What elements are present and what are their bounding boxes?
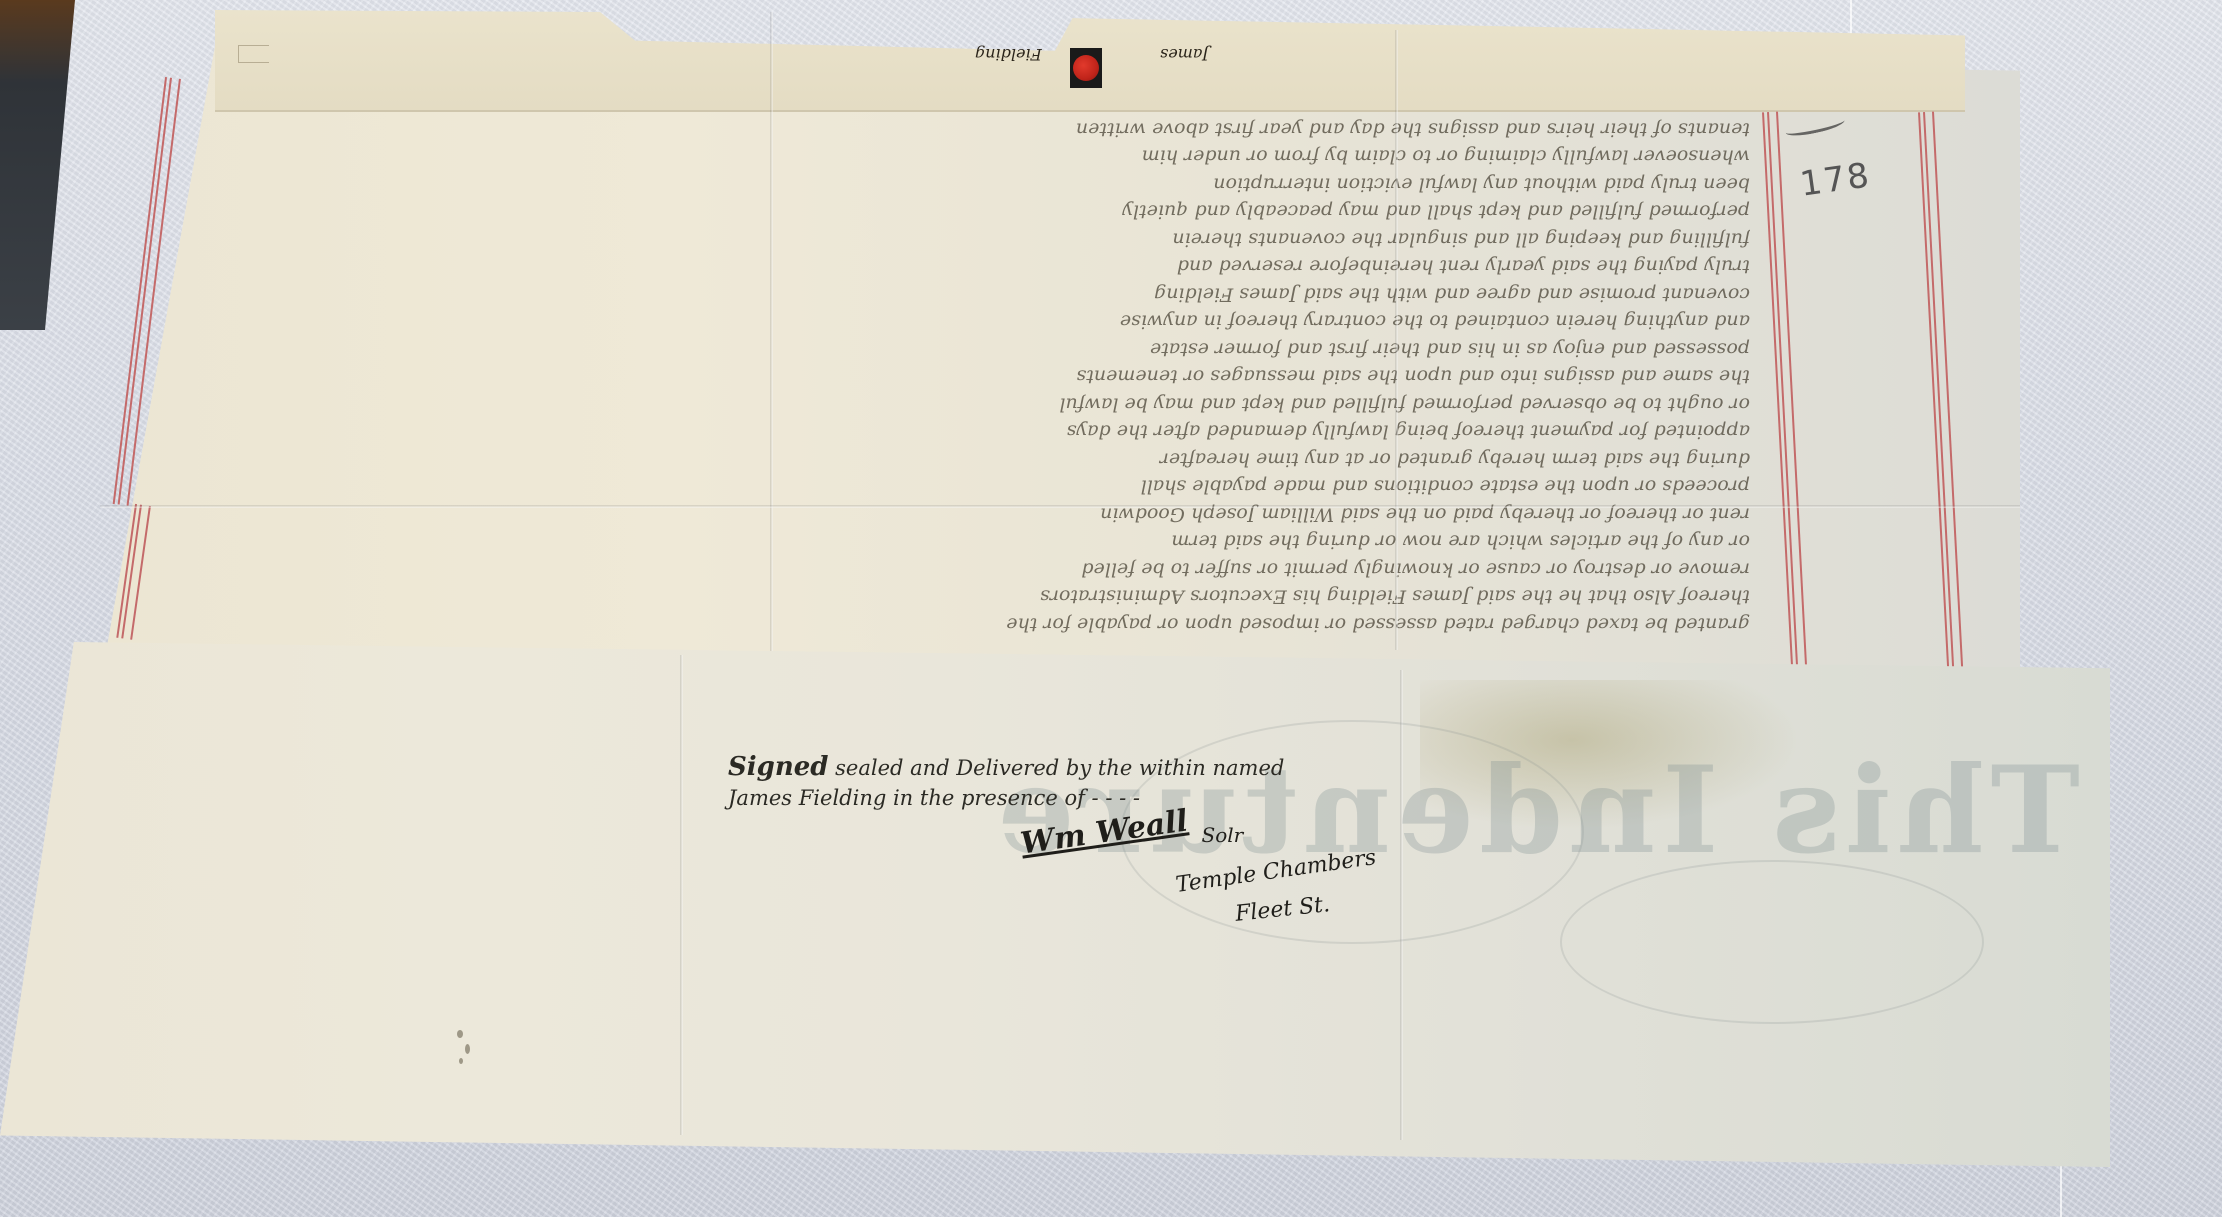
witness-title: Solr	[1202, 823, 1244, 847]
inverted-body-text: granted be taxed charged rated assessed …	[250, 115, 1750, 638]
body-line: or any of the articles which are now or …	[250, 528, 1750, 556]
body-line: tenants of their heirs and assigns the d…	[250, 115, 1750, 143]
fold-crease	[680, 655, 683, 1135]
body-line: proceeds or upon the estate conditions a…	[250, 473, 1750, 501]
body-line: during the said term hereby granted or a…	[250, 445, 1750, 473]
body-line: been truly paid without any lawful evict…	[250, 170, 1750, 198]
body-line: appointed for payment thereof being lawf…	[250, 418, 1750, 446]
body-line: whensoever lawfully claiming or to claim…	[250, 143, 1750, 171]
attestation-signed: Signed	[728, 752, 828, 782]
attestation-clause: Signed sealed and Delivered by the withi…	[728, 752, 1284, 813]
fold-crease	[770, 12, 773, 652]
attestation-line2: James Fielding in the presence of - - - …	[728, 783, 1284, 813]
body-line: the same and assigns into and upon the s…	[250, 363, 1750, 391]
body-line: fulfilling and keeping all and singular …	[250, 225, 1750, 253]
body-line: remove or destroy or cause or knowingly …	[250, 555, 1750, 583]
body-line: thereof Also that he the said James Fiel…	[250, 583, 1750, 611]
body-line: and anything herein contained to the con…	[250, 308, 1750, 336]
red-wax-seal-icon	[1073, 55, 1099, 81]
upper-signature-forename: James	[1160, 45, 1209, 64]
attestation-line1: sealed and Delivered by the within named	[835, 756, 1284, 780]
body-line: possessed and enjoy as in his and their …	[250, 335, 1750, 363]
tab-mark	[238, 45, 269, 63]
wax-seal	[1070, 48, 1102, 88]
fold-crease	[1395, 30, 1398, 650]
watermark-flourish	[1560, 860, 1984, 1024]
ink-spots	[455, 1030, 475, 1070]
body-line: truly paying the said yearly rent herein…	[250, 253, 1750, 281]
body-line: performed fulfilled and kept shall and m…	[250, 198, 1750, 226]
body-line: granted be taxed charged rated assessed …	[250, 610, 1750, 638]
witness-signature-block: Wm Weall Solr Temple Chambers Fleet St.	[1020, 815, 1243, 850]
fold-crease	[100, 505, 2020, 508]
upper-signature-surname: Fielding	[975, 45, 1042, 64]
body-line: or ought to be observed performed fulfil…	[250, 390, 1750, 418]
body-line: covenant promise and agree and with the …	[250, 280, 1750, 308]
